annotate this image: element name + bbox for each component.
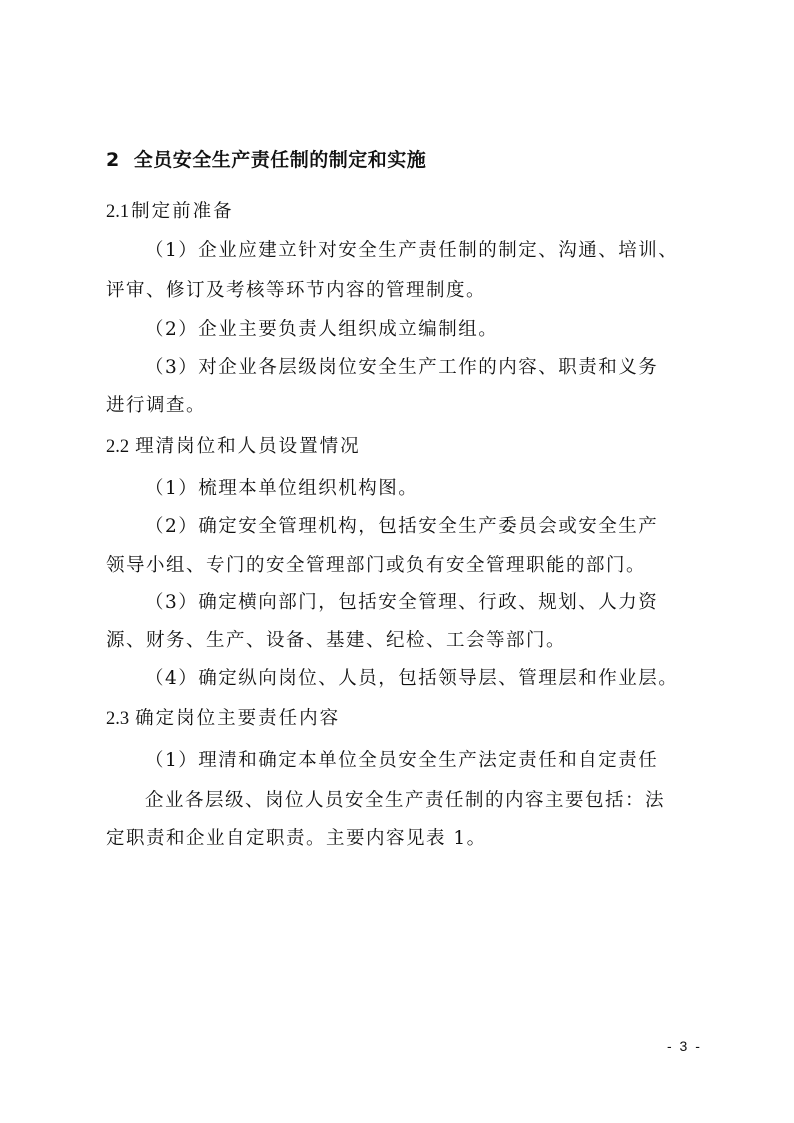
subsection-title: 理清岗位和人员设置情况 <box>135 436 361 457</box>
section-title: 全员安全生产责任制的制定和实施 <box>134 149 427 171</box>
subsection-number: 2.3 <box>106 709 129 729</box>
section-number: 2 <box>106 149 120 171</box>
paragraph-line: （2）企业主要负责人组织成立编制组。 <box>145 318 498 342</box>
paragraph-line: （1）企业应建立针对安全生产责任制的制定、沟通、培训、 <box>145 239 678 263</box>
paragraph-line: （3）对企业各层级岗位安全生产工作的内容、职责和义务 <box>145 356 658 380</box>
paragraph-line: （3）确定横向部门，包括安全管理、行政、规划、人力资 <box>145 591 658 615</box>
paragraph-line: （2）确定安全管理机构，包括安全生产委员会或安全生产 <box>145 515 658 539</box>
paragraph-line: 评审、修订及考核等环节内容的管理制度。 <box>106 279 486 303</box>
paragraph-line: （1）理清和确定本单位全员安全生产法定责任和自定责任 <box>145 749 658 773</box>
paragraph-line: 企业各层级、岗位人员安全生产责任制的内容主要包括：法 <box>145 789 665 813</box>
subsection-number: 2.2 <box>106 437 129 457</box>
paragraph-line: （4）确定纵向岗位、人员，包括领导层、管理层和作业层。 <box>145 667 678 691</box>
paragraph-line: 定职责和企业自定职责。主要内容见表 1。 <box>106 827 487 851</box>
subsection-heading-2-2: 2.2理清岗位和人员设置情况 <box>106 435 361 459</box>
paragraph-line: 源、财务、生产、设备、基建、纪检、工会等部门。 <box>106 629 566 653</box>
section-heading: 2全员安全生产责任制的制定和实施 <box>106 148 426 172</box>
paragraph-line: （1）梳理本单位组织机构图。 <box>145 477 418 501</box>
subsection-title: 确定岗位主要责任内容 <box>135 708 340 729</box>
paragraph-line: 领导小组、专门的安全管理部门或负有安全管理职能的部门。 <box>106 554 646 578</box>
subsection-heading-2-1: 2.1制定前准备 <box>106 200 234 224</box>
page-number: - 3 - <box>667 1038 702 1054</box>
subsection-number: 2.1 <box>106 202 129 222</box>
paragraph-line: 进行调查。 <box>106 394 206 418</box>
subsection-heading-2-3: 2.3确定岗位主要责任内容 <box>106 707 340 731</box>
subsection-title: 制定前准备 <box>131 201 234 222</box>
